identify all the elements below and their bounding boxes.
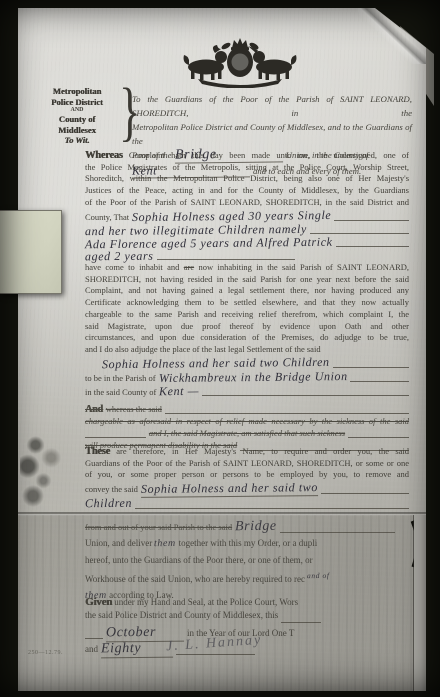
printed-line: chargeable to the same Parish and receiv… [85,309,409,321]
corner-fold-shade [358,6,428,64]
printed-line: the said Police District and County of M… [85,610,365,625]
ruled-blank [176,654,255,655]
ruled-blank [350,381,409,382]
printed-line: have come to inhabit and are now inhabit… [85,262,409,274]
form-number: 250—12.79. [28,650,63,656]
document-photo: Metropolitan Police District AND County … [0,0,440,697]
ruled-blank [157,259,295,260]
printed-line: Complaint, and not having gained a legal… [85,285,409,297]
printed-line: Justices of the Peace, acting in and for… [85,185,409,197]
printed-line: Whereas Complaint hath this day been mad… [85,150,409,162]
jurisdiction-margin-box: Metropolitan Police District AND County … [34,86,120,146]
struck-line: And whereas the said [85,404,409,416]
fold-crease [18,512,426,516]
printed-line: from and out of your said Parish to the … [85,519,395,535]
handwritten-them: them [154,536,176,552]
ruled-blank [85,638,103,639]
printed-line: said Magistrate, upon due proof thereof … [85,321,409,333]
margin-line: Police District [34,97,120,108]
torn-edge-strip [413,515,426,691]
printed-line: Workhouse of the said Union, who are her… [85,568,395,587]
ruled-blank [202,395,409,396]
printed-line: hereof, unto the Guardians of the Poor t… [85,552,395,568]
handwritten-convey: Children [85,496,132,511]
printed-line: in the said County of Kent — [85,384,409,398]
struck-text: and I, the said Magistrate, am satisfied… [149,428,345,438]
printed-text: Union, and deliver [85,538,152,548]
ruled-blank [135,508,409,509]
printed-line: Union, and deliver them together with th… [85,535,395,552]
ruled-blank [334,220,409,221]
printed-text: to be in the Parish of [85,373,156,383]
delivery-paragraph: from and out of your said Parish to the … [85,519,395,604]
printed-text: in the said County of [85,387,156,397]
struck-line: chargeable as aforesaid in respect of re… [85,416,409,428]
ruled-blank [280,532,395,533]
printed-text: under my Hand and Seal, at the Police Co… [114,597,298,607]
printed-line: of the Poor of the Parish of SAINT LEONA… [85,197,409,209]
printed-text: together with this my Order, or a dupli [179,538,318,548]
printed-text: Workhouse of the said Union, who are her… [85,574,305,584]
printed-line: Guardians of the Poor of the Parish of S… [85,458,409,470]
handwritten-county2: Kent — [159,383,199,398]
margin-line: County of [34,114,120,125]
printed-line: Given under my Hand and Seal, at the Pol… [85,595,385,610]
margin-line: Middlesex [34,125,120,136]
handwritten-convey: Sophia Holness and her said two [141,480,318,498]
adjudication-paragraph: have come to inhabit and are now inhabit… [85,262,409,398]
printed-text: County, That [85,212,129,222]
margin-line: AND [34,107,120,114]
struck-line: and I, the said Magistrate, am satisfied… [85,428,409,440]
printed-text: have come to inhabit and [85,262,179,272]
printed-line: Shoreditch, within the Metropolitan Poli… [85,173,409,185]
attached-paper-tab [0,210,62,294]
ruled-blank [165,413,409,414]
handwritten-line: Ada Florence aged 5 years and Alfred Pat… [85,236,409,249]
blackletter-word: Given [85,596,112,608]
printed-line: Certificate acknowledging them to be set… [85,297,409,309]
printed-line: and I do also adjudge the place of the l… [85,344,409,356]
ruled-blank [85,437,146,438]
struck-text: whereas the said [106,404,162,414]
printed-line: These are therefore, in Her Majesty's Na… [85,446,409,458]
address-line: To the Guardians of the Poor of the Pari… [132,92,412,120]
blackletter-word: These [85,446,110,457]
royal-coat-of-arms [165,36,315,93]
ruled-blank [333,367,409,368]
printed-line: of you, or some proper person or persons… [85,469,409,481]
handwritten-line: Children [85,496,409,511]
struck-word: are [184,262,194,272]
margin-line: To Wit. [34,135,120,146]
ruled-blank [321,493,409,494]
ruled-blank [348,437,409,438]
whereas-paragraph: Whereas Complaint hath this day been mad… [85,150,409,262]
printed-text: the said Police District and County of M… [85,610,278,620]
printed-line: circumstances, and upon due consideratio… [85,332,409,344]
margin-line: Metropolitan [34,86,120,97]
address-line: Metropolitan Police District and County … [132,120,412,148]
printed-text: convey the said [85,484,138,494]
handwritten-year: Eighty [101,641,173,659]
ruled-blank [310,233,409,234]
printed-text: now inhabiting in the said Parish of SAI… [198,262,409,272]
blackletter-word: And [85,404,103,415]
printed-line: convey the said Sophia Holness and her s… [85,481,409,496]
order-paragraph: These are therefore, in Her Majesty's Na… [85,446,409,511]
printed-text: are therefore, in Her Majesty's Name, to… [116,446,409,456]
blackletter-word: Whereas [85,150,123,161]
printed-line: the Police Magistrates of the Metropolis… [85,162,409,174]
struck-text: from and out of your said Parish to the … [85,522,232,532]
handwritten-line: Sophia Holness and her said two Children [85,356,409,370]
removal-order-document: Metropolitan Police District AND County … [18,8,426,691]
ruled-blank [281,622,321,623]
ruled-blank [336,246,409,247]
ink-smudges [20,428,72,513]
printed-line: County, That Sophia Holness aged 30 year… [85,209,409,223]
handwritten-union2: Bridge [235,519,277,535]
handwritten-andof: and of [307,568,330,584]
printed-text: Complaint hath this day been made unto m… [129,150,409,160]
royal-coat-of-arms-icon [165,36,315,88]
printed-line: SHOREDITCH, not having resided in the sa… [85,274,409,286]
printed-text: and [85,644,98,654]
handwritten-line: and her two illegitimate Children namely [85,223,409,236]
